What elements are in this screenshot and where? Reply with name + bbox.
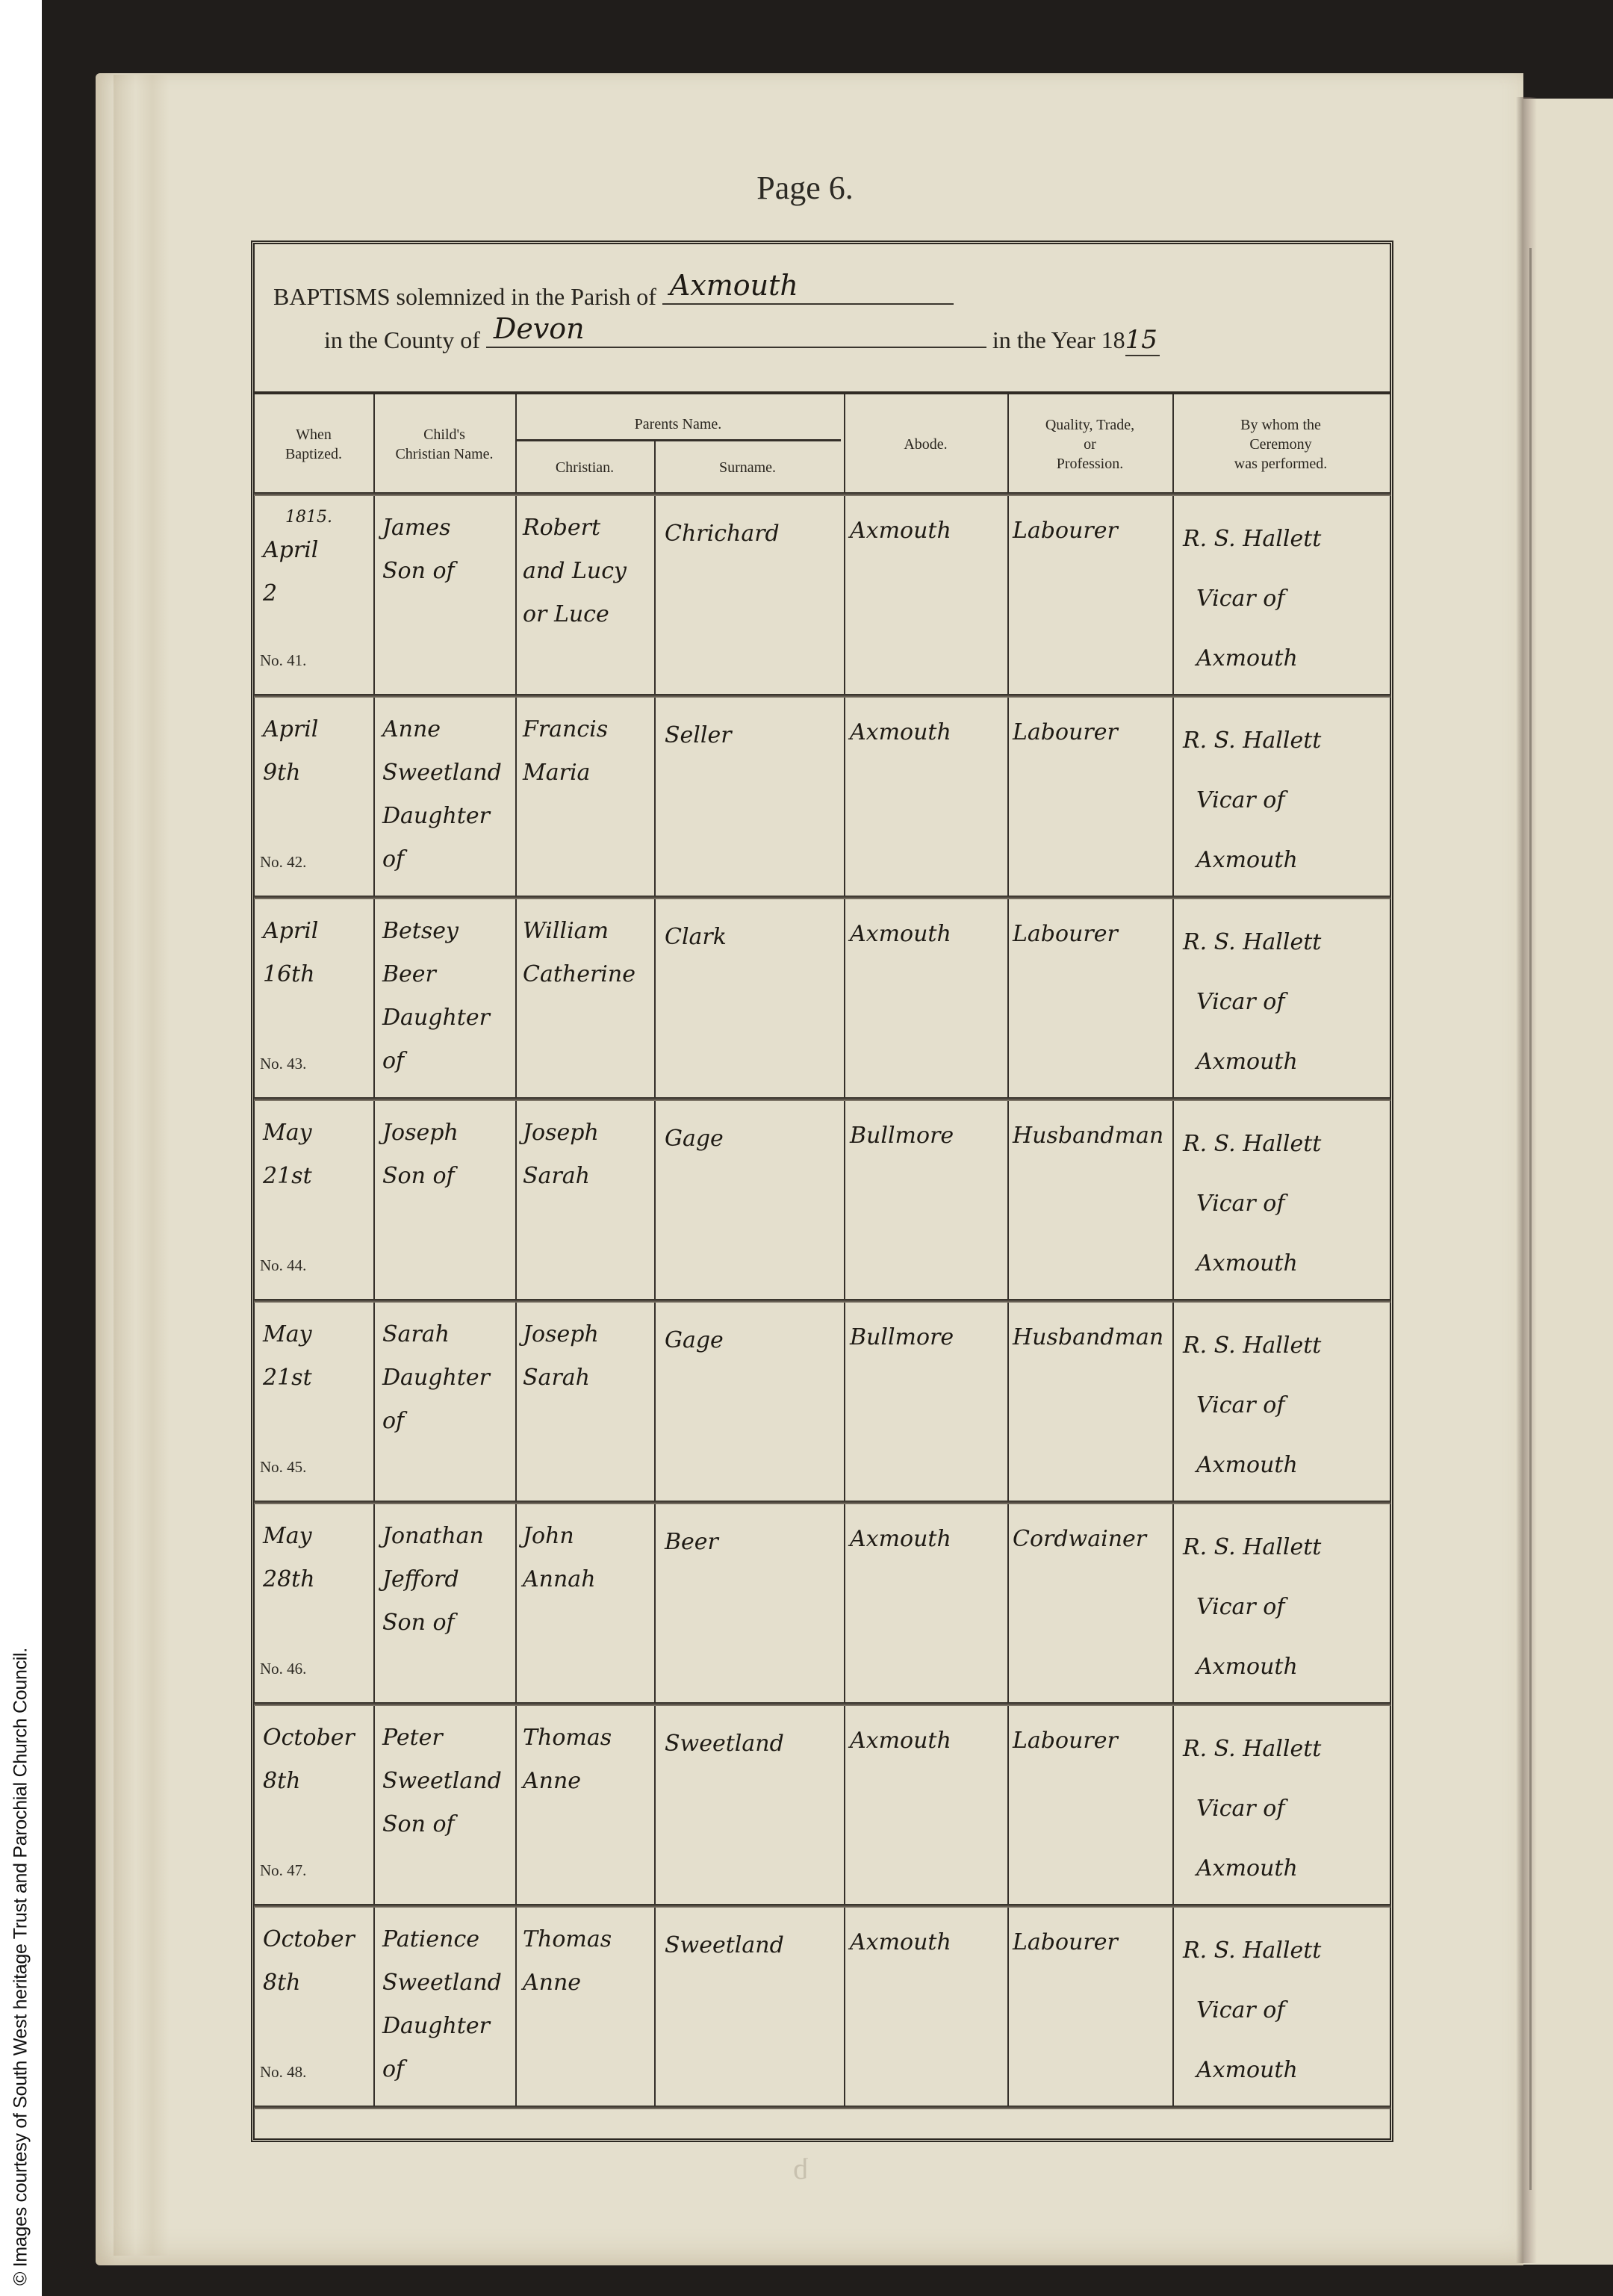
abode-cell: Axmouth [850,913,1007,956]
parents-christian-cell: JosephSarah [523,1111,654,1198]
officiant-cell: R. S. HallettVicar ofAxmouth [1183,711,1390,890]
date-line: 21st [263,1356,367,1400]
officiant-cell: R. S. HallettVicar ofAxmouth [1183,1114,1390,1294]
date-line: April [263,708,367,751]
entry-number: No. 41. [260,651,306,670]
parent-name-line: Robert [523,506,654,550]
child-line: Sweetland [382,1961,515,2005]
col-when-baptized: WhenBaptized. [254,394,373,494]
facing-page-edge [1523,99,1613,2265]
parent-name-line: John [523,1515,654,1558]
parish-field: Axmouth [662,279,954,305]
parent-name-line: Anne [523,1760,654,1803]
col-quality-trade: Quality, Trade,orProfession. [1007,394,1172,494]
date-line: May [263,1515,367,1558]
officiant-line: Vicar of [1183,1376,1390,1436]
entry-number: No. 44. [260,1256,306,1275]
parent-name-line: William [523,910,654,953]
child-line: Joseph [382,1111,515,1155]
officiant-line: Vicar of [1183,569,1390,629]
table-row: October8thNo. 47.PeterSweetlandSon ofTho… [254,1706,1390,1908]
parent-name-line: Joseph [523,1313,654,1356]
officiant-line: Vicar of [1183,1577,1390,1637]
officiant-line: R. S. Hallett [1183,913,1390,972]
credit-strip: © Images courtesy of South West heritage… [0,0,42,2296]
officiant-line: Vicar of [1183,1981,1390,2041]
surname-cell: Seller [665,714,841,757]
child-name-cell: BetseyBeerDaughterof [382,910,515,1083]
parent-name-line: and Lucy [523,550,654,593]
parent-name-line: Thomas [523,1716,654,1760]
parent-name-line: Thomas [523,1918,654,1961]
table-row: 1815.April2No. 41.JamesSon ofRobertand L… [254,496,1390,698]
child-line: Beer [382,953,515,996]
surname-cell: Sweetland [665,1722,841,1766]
year-value: 15 [1125,325,1157,355]
col-officiant: By whom theCeremonywas performed. [1172,394,1389,494]
date-cell: April9th [263,708,367,795]
county-label: in the County of [324,326,480,353]
surname-cell: Sweetland [665,1924,841,1967]
officiant-line: Axmouth [1183,1839,1390,1899]
child-name-cell: PeterSweetlandSon of [382,1716,515,1846]
child-line: Son of [382,1601,515,1645]
date-cell: October8th [263,1716,367,1803]
child-name-cell: JonathanJeffordSon of [382,1515,515,1645]
table-row: October8thNo. 48.PatienceSweetlandDaught… [254,1908,1390,2109]
col-parents-christian: Christian. [515,441,654,494]
officiant-cell: R. S. HallettVicar ofAxmouth [1183,1719,1390,1899]
date-line: 9th [263,751,367,795]
officiant-line: Vicar of [1183,1174,1390,1234]
table-row: April16thNo. 43.BetseyBeerDaughterofWill… [254,899,1390,1101]
quality-cell: Husbandman [1013,1114,1172,1158]
officiant-cell: R. S. HallettVicar ofAxmouth [1183,1316,1390,1495]
date-cell: October8th [263,1918,367,2005]
officiant-line: R. S. Hallett [1183,509,1390,569]
abode-cell: Axmouth [850,1921,1007,1964]
child-line: Sarah [382,1313,515,1356]
date-line: April [263,529,367,572]
officiant-line: Axmouth [1183,1436,1390,1495]
parents-christian-cell: FrancisMaria [523,708,654,795]
abode-cell: Axmouth [850,1518,1007,1561]
parent-name-line: Sarah [523,1356,654,1400]
parent-name-line: Annah [523,1558,654,1601]
abode-cell: Bullmore [850,1114,1007,1158]
parents-christian-cell: JosephSarah [523,1313,654,1400]
entry-number: No. 42. [260,853,306,872]
child-line: of [382,1040,515,1083]
date-cell: April16th [263,910,367,996]
date-line: May [263,1313,367,1356]
date-line: 16th [263,953,367,996]
book-gutter [1516,97,1537,2263]
table-row: May28thNo. 46.JonathanJeffordSon ofJohnA… [254,1504,1390,1706]
parent-name-line: or Luce [523,593,654,636]
quality-cell: Husbandman [1013,1316,1172,1359]
officiant-cell: R. S. HallettVicar ofAxmouth [1183,1921,1390,2100]
parents-christian-cell: ThomasAnne [523,1716,654,1803]
parent-name-line: Sarah [523,1155,654,1198]
parish-label: BAPTISMS solemnized in the Parish of [273,283,656,310]
col-child-name: Child'sChristian Name. [373,394,515,494]
officiant-cell: R. S. HallettVicar ofAxmouth [1183,1518,1390,1697]
county-value: Devon [494,312,585,345]
abode-cell: Axmouth [850,1719,1007,1763]
child-line: Son of [382,550,515,593]
entry-number: No. 47. [260,1861,306,1880]
child-line: Anne [382,708,515,751]
year-field: 15 [1125,325,1160,356]
county-field: Devon [486,323,986,348]
quality-cell: Labourer [1013,913,1172,956]
quality-cell: Labourer [1013,711,1172,754]
abode-cell: Bullmore [850,1316,1007,1359]
quality-cell: Labourer [1013,509,1172,553]
officiant-line: R. S. Hallett [1183,1719,1390,1779]
parish-line: BAPTISMS solemnized in the Parish of Axm… [273,279,954,311]
child-line: Daughter [382,1356,515,1400]
quality-cell: Labourer [1013,1921,1172,1964]
bleed-through-mark: b [793,2151,808,2186]
surname-cell: Clark [665,916,841,959]
page-number: Page 6. [0,169,1613,207]
parent-name-line: Anne [523,1961,654,2005]
date-line: 28th [263,1558,367,1601]
child-line: Daughter [382,795,515,838]
surname-cell: Chrichard [665,512,841,556]
child-line: Son of [382,1155,515,1198]
quality-cell: Cordwainer [1013,1518,1172,1561]
date-line: 2 [263,572,367,615]
date-cell: May28th [263,1515,367,1601]
child-line: of [382,838,515,881]
officiant-line: Axmouth [1183,1234,1390,1294]
copyright-credit: © Images courtesy of South West heritage… [10,1648,32,2286]
officiant-line: R. S. Hallett [1183,1316,1390,1376]
date-line: October [263,1918,367,1961]
date-line: October [263,1716,367,1760]
quality-cell: Labourer [1013,1719,1172,1763]
abode-cell: Axmouth [850,509,1007,553]
year-label: in the Year 18 [992,326,1125,353]
county-line: in the County of Devon in the Year 1815 [324,323,1160,356]
col-abode: Abode. [844,394,1007,494]
officiant-line: Axmouth [1183,2041,1390,2100]
officiant-line: Vicar of [1183,771,1390,831]
parents-christian-cell: JohnAnnah [523,1515,654,1601]
date-cell: May21st [263,1111,367,1198]
child-name-cell: PatienceSweetlandDaughterof [382,1918,515,2091]
child-line: Patience [382,1918,515,1961]
col-parents-surname: Surname. [654,441,841,494]
child-line: Daughter [382,996,515,1040]
child-name-cell: AnneSweetlandDaughterof [382,708,515,881]
surname-cell: Beer [665,1521,841,1564]
date-line: April [263,910,367,953]
officiant-line: Axmouth [1183,831,1390,890]
child-line: Sweetland [382,1760,515,1803]
entry-number: No. 46. [260,1660,306,1678]
table-row: May21stNo. 45.SarahDaughterofJosephSarah… [254,1303,1390,1504]
surname-cell: Gage [665,1319,841,1362]
officiant-cell: R. S. HallettVicar ofAxmouth [1183,913,1390,1092]
child-line: of [382,1400,515,1443]
parent-name-line: Francis [523,708,654,751]
page-fold [114,75,169,2256]
date-cell: May21st [263,1313,367,1400]
child-line: Sweetland [382,751,515,795]
entry-number: No. 48. [260,2063,306,2082]
parents-christian-cell: ThomasAnne [523,1918,654,2005]
child-line: Son of [382,1803,515,1846]
officiant-line: Axmouth [1183,1637,1390,1697]
date-line: 21st [263,1155,367,1198]
officiant-line: R. S. Hallett [1183,1921,1390,1981]
officiant-line: R. S. Hallett [1183,1518,1390,1577]
parent-name-line: Joseph [523,1111,654,1155]
abode-cell: Axmouth [850,711,1007,754]
child-line: Jefford [382,1558,515,1601]
date-cell: 1815.April2 [263,506,367,615]
entry-number: No. 43. [260,1055,306,1073]
officiant-line: Axmouth [1183,629,1390,689]
officiant-line: Vicar of [1183,972,1390,1032]
child-line: Daughter [382,2005,515,2048]
officiant-line: Vicar of [1183,1779,1390,1839]
child-name-cell: JamesSon of [382,506,515,593]
parish-value: Axmouth [670,269,798,302]
officiant-line: R. S. Hallett [1183,711,1390,771]
child-line: Betsey [382,910,515,953]
year-value: 1815. [285,506,367,529]
table-row: April9thNo. 42.AnneSweetlandDaughterofFr… [254,698,1390,899]
child-name-cell: JosephSon of [382,1111,515,1198]
parents-christian-cell: WilliamCatherine [523,910,654,996]
parents-christian-cell: Robertand Lucyor Luce [523,506,654,636]
entry-number: No. 45. [260,1458,306,1477]
officiant-cell: R. S. HallettVicar ofAxmouth [1183,509,1390,689]
officiant-line: Axmouth [1183,1032,1390,1092]
date-line: May [263,1111,367,1155]
child-line: James [382,506,515,550]
date-line: 8th [263,1760,367,1803]
officiant-line: R. S. Hallett [1183,1114,1390,1174]
surname-cell: Gage [665,1117,841,1161]
parent-name-line: Catherine [523,953,654,996]
child-line: Jonathan [382,1515,515,1558]
table-row: May21stNo. 44.JosephSon ofJosephSarahGag… [254,1101,1390,1303]
register-header: BAPTISMS solemnized in the Parish of Axm… [254,243,1390,393]
child-name-cell: SarahDaughterof [382,1313,515,1443]
parent-name-line: Maria [523,751,654,795]
date-line: 8th [263,1961,367,2005]
child-line: of [382,2048,515,2091]
child-line: Peter [382,1716,515,1760]
